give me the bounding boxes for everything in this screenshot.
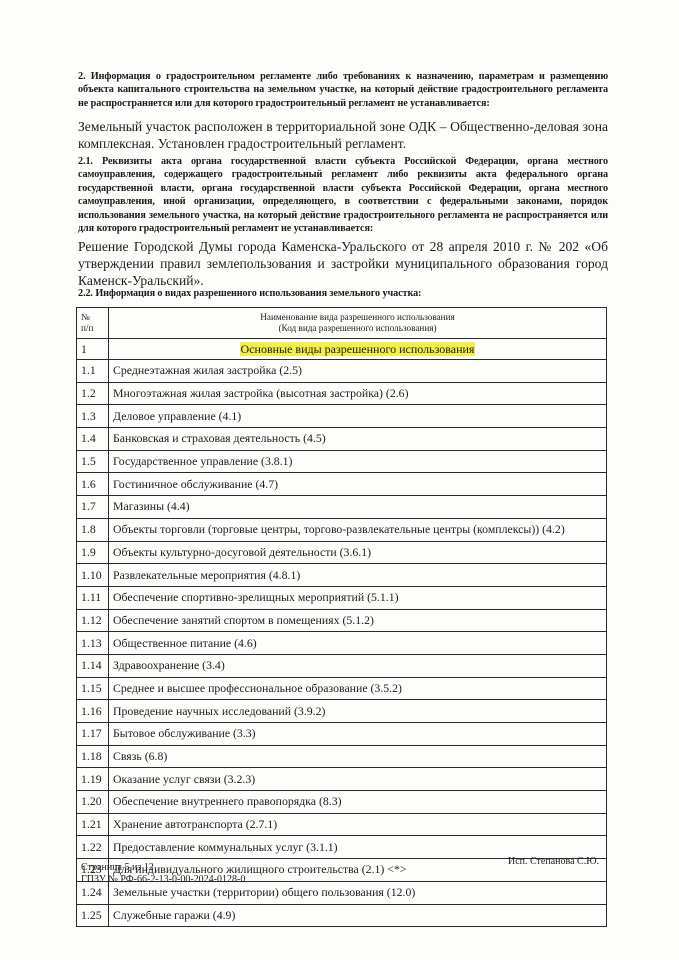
table-row: 1.5Государственное управление (3.8.1): [77, 450, 607, 473]
row-number-cell: 1.11: [77, 586, 109, 609]
row-number-cell: 1.17: [77, 723, 109, 746]
executor-signature: Исп. Степанова С.Ю.: [508, 856, 599, 867]
table-row: 1.3Деловое управление (4.1): [77, 405, 607, 428]
row-name-cell: Хранение автотранспорта (2.7.1): [109, 813, 607, 836]
footer-left: Страница 5 из 12 ГПЗУ № РФ-66-2-13-0-00-…: [81, 862, 245, 886]
table-row: 1.17Бытовое обслуживание (3.3): [77, 723, 607, 746]
table-row: 1.14Здравоохранение (3.4): [77, 654, 607, 677]
row-name-cell: Банковская и страховая деятельность (4.5…: [109, 428, 607, 451]
table-row: 1.2Многоэтажная жилая застройка (высотна…: [77, 382, 607, 405]
row-name-cell: Среднеэтажная жилая застройка (2.5): [109, 360, 607, 383]
table-row: 1.11Обеспечение спортивно-зрелищных меро…: [77, 586, 607, 609]
row-number-cell: 1.13: [77, 632, 109, 655]
document-page: 2. Информация о градостроительном реглам…: [0, 0, 679, 960]
row-number-cell: 1.7: [77, 496, 109, 519]
row-number-cell: 1.3: [77, 405, 109, 428]
section-2-body: Земельный участок расположен в территори…: [78, 118, 608, 152]
table-row: 1.7Магазины (4.4): [77, 496, 607, 519]
table-row: 1.15Среднее и высшее профессиональное об…: [77, 677, 607, 700]
row-number-cell: 1.14: [77, 654, 109, 677]
header-number-line1: №: [81, 312, 104, 323]
table-row: 1.18Связь (6.8): [77, 745, 607, 768]
row-name-cell: Проведение научных исследований (3.9.2): [109, 700, 607, 723]
row-number-cell: 1.2: [77, 382, 109, 405]
row-number-cell: 1.4: [77, 428, 109, 451]
section-2-1-body: Решение Городской Думы города Каменска-У…: [78, 238, 608, 289]
row-name-cell: Магазины (4.4): [109, 496, 607, 519]
header-name-line1: Наименование вида разрешенного использов…: [113, 312, 602, 323]
group-number-cell: 1: [77, 339, 109, 360]
row-number-cell: 1.9: [77, 541, 109, 564]
table-row: 1.10Развлекательные мероприятия (4.8.1): [77, 564, 607, 587]
section-2-heading: 2. Информация о градостроительном реглам…: [78, 70, 608, 110]
table-row: 1.12Обеспечение занятий спортом в помеще…: [77, 609, 607, 632]
row-number-cell: 1.16: [77, 700, 109, 723]
section-2-1-heading: 2.1. Реквизиты акта органа государственн…: [78, 155, 608, 235]
table-row: 1.6Гостиничное обслуживание (4.7): [77, 473, 607, 496]
row-number-cell: 1.12: [77, 609, 109, 632]
permitted-uses-table: № п/п Наименование вида разрешенного исп…: [76, 307, 607, 927]
row-number-cell: 1.18: [77, 745, 109, 768]
row-name-cell: Служебные гаражи (4.9): [109, 904, 607, 927]
table-row: 1.16Проведение научных исследований (3.9…: [77, 700, 607, 723]
row-number-cell: 1.1: [77, 360, 109, 383]
header-number-cell: № п/п: [77, 308, 109, 339]
row-name-cell: Обеспечение внутреннего правопорядка (8.…: [109, 791, 607, 814]
row-name-cell: Оказание услуг связи (3.2.3): [109, 768, 607, 791]
row-number-cell: 1.15: [77, 677, 109, 700]
row-number-cell: 1.21: [77, 813, 109, 836]
table-row: 1.20Обеспечение внутреннего правопорядка…: [77, 791, 607, 814]
row-name-cell: Здравоохранение (3.4): [109, 654, 607, 677]
table-row: 1.9Объекты культурно-досуговой деятельно…: [77, 541, 607, 564]
row-number-cell: 1.25: [77, 904, 109, 927]
row-number-cell: 1.6: [77, 473, 109, 496]
table-header-row: № п/п Наименование вида разрешенного исп…: [77, 308, 607, 339]
row-name-cell: Обеспечение спортивно-зрелищных мероприя…: [109, 586, 607, 609]
row-name-cell: Бытовое обслуживание (3.3): [109, 723, 607, 746]
row-name-cell: Гостиничное обслуживание (4.7): [109, 473, 607, 496]
highlighted-group-name: Основные виды разрешенного использования: [240, 342, 476, 356]
table-row: 1.21Хранение автотранспорта (2.7.1): [77, 813, 607, 836]
row-number-cell: 1.8: [77, 518, 109, 541]
row-number-cell: 1.22: [77, 836, 109, 859]
table-row: 1.13Общественное питание (4.6): [77, 632, 607, 655]
table-group-row: 1 Основные виды разрешенного использован…: [77, 339, 607, 360]
document-number: ГПЗУ № РФ-66-2-13-0-00-2024-0128-0: [81, 874, 245, 886]
row-name-cell: Общественное питание (4.6): [109, 632, 607, 655]
table-row: 1.25Служебные гаражи (4.9): [77, 904, 607, 927]
row-name-cell: Объекты культурно-досуговой деятельности…: [109, 541, 607, 564]
row-name-cell: Развлекательные мероприятия (4.8.1): [109, 564, 607, 587]
table-row: 1.1Среднеэтажная жилая застройка (2.5): [77, 360, 607, 383]
row-name-cell: Связь (6.8): [109, 745, 607, 768]
row-name-cell: Многоэтажная жилая застройка (высотная з…: [109, 382, 607, 405]
section-2-2-heading: 2.2. Информация о видах разрешенного исп…: [78, 287, 578, 300]
row-name-cell: Деловое управление (4.1): [109, 405, 607, 428]
row-number-cell: 1.10: [77, 564, 109, 587]
table-row: 1.19Оказание услуг связи (3.2.3): [77, 768, 607, 791]
row-name-cell: Среднее и высшее профессиональное образо…: [109, 677, 607, 700]
row-name-cell: Обеспечение занятий спортом в помещениях…: [109, 609, 607, 632]
table-row: 1.4Банковская и страховая деятельность (…: [77, 428, 607, 451]
header-name-cell: Наименование вида разрешенного использов…: [109, 308, 607, 339]
group-name-cell: Основные виды разрешенного использования: [109, 339, 607, 360]
table-row: 1.8Объекты торговли (торговые центры, то…: [77, 518, 607, 541]
header-name-line2: (Код вида разрешенного использования): [113, 323, 602, 334]
row-number-cell: 1.5: [77, 450, 109, 473]
header-number-line2: п/п: [81, 323, 104, 334]
row-number-cell: 1.19: [77, 768, 109, 791]
row-number-cell: 1.20: [77, 791, 109, 814]
page-number: Страница 5 из 12: [81, 862, 245, 874]
row-name-cell: Объекты торговли (торговые центры, торго…: [109, 518, 607, 541]
row-name-cell: Государственное управление (3.8.1): [109, 450, 607, 473]
